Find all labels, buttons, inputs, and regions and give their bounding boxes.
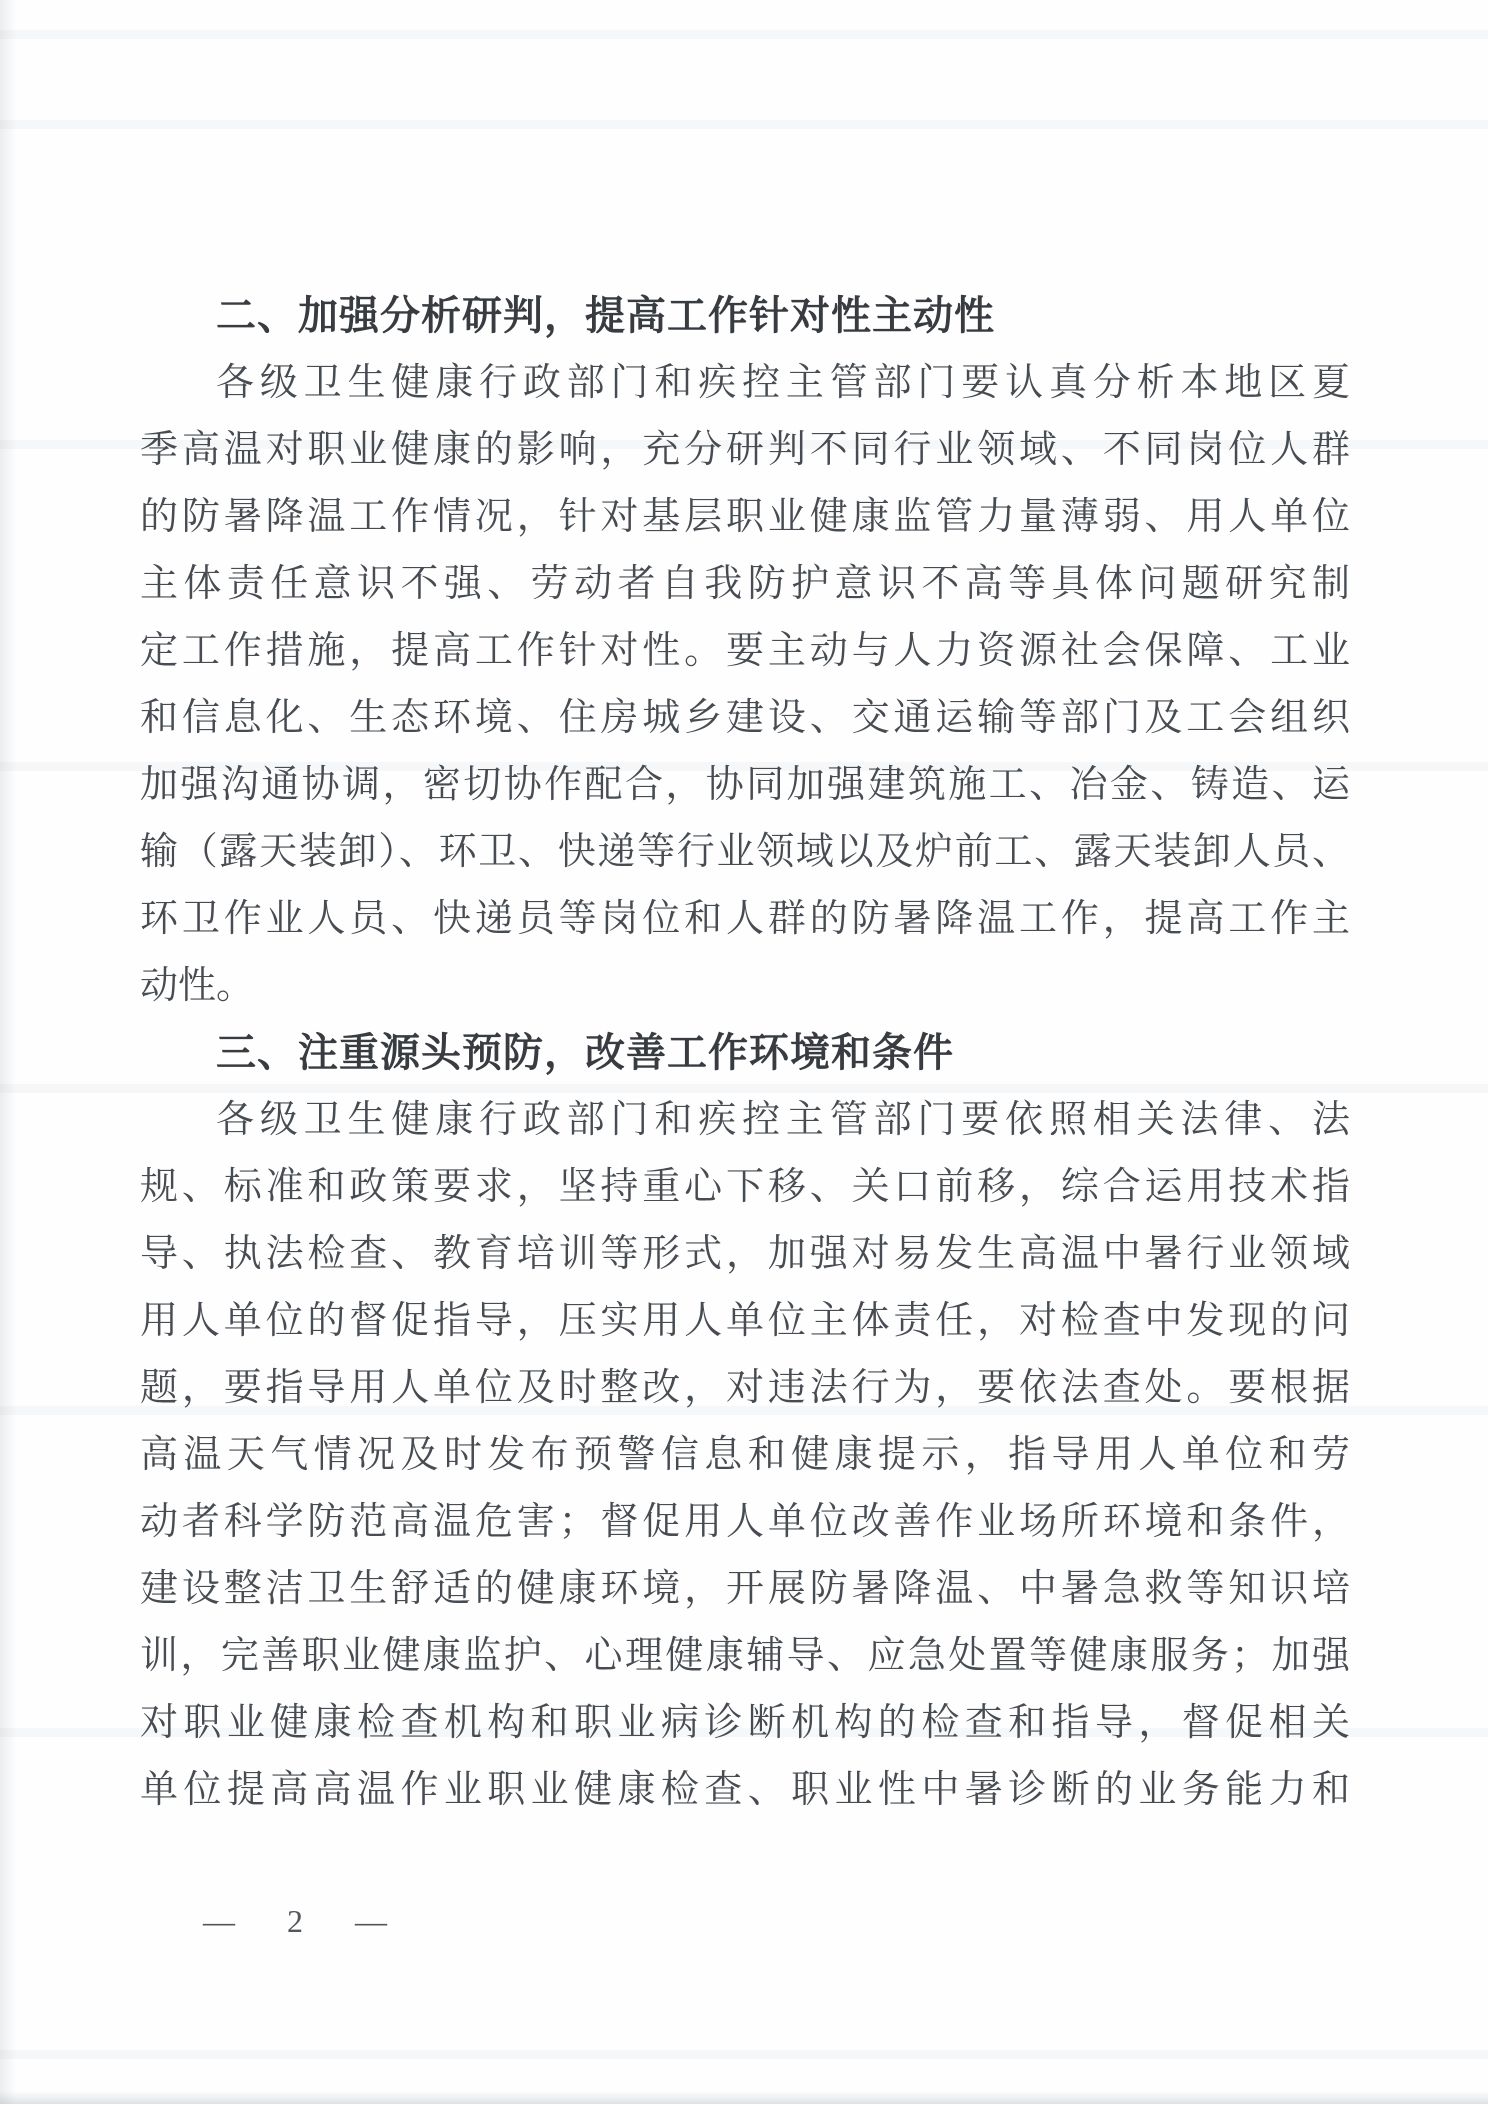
text-line: 单位提高高温作业职业健康检查、职业性中暑诊断的业务能力和 <box>140 1757 1350 1824</box>
text-line: 动者科学防范高温危害；督促用人单位改善作业场所环境和条件， <box>140 1489 1350 1556</box>
page-number-footer: — 2 — <box>203 1903 403 1940</box>
text-line: 各级卫生健康行政部门和疾控主管部门要依照相关法律、法 <box>140 1087 1350 1154</box>
document-body: 二、加强分析研判，提高工作针对性主动性 各级卫生健康行政部门和疾控主管部门要认真… <box>140 283 1350 1824</box>
text-line: 对职业健康检查机构和职业病诊断机构的检查和指导，督促相关 <box>140 1690 1350 1757</box>
text-line: 题，要指导用人单位及时整改，对违法行为，要依法查处。要根据 <box>140 1355 1350 1422</box>
text-line: 主体责任意识不强、劳动者自我防护意识不高等具体问题研究制 <box>140 551 1350 618</box>
text-line: 导、执法检查、教育培训等形式，加强对易发生高温中暑行业领域 <box>140 1221 1350 1288</box>
text-line: 建设整洁卫生舒适的健康环境，开展防暑降温、中暑急救等知识培 <box>140 1556 1350 1623</box>
text-line: 输（露天装卸）、环卫、快递等行业领域以及炉前工、露天装卸人员、 <box>140 819 1350 886</box>
text-line: 加强沟通协调，密切协作配合，协同加强建筑施工、冶金、铸造、运 <box>140 752 1350 819</box>
text-line: 季高温对职业健康的影响，充分研判不同行业领域、不同岗位人群 <box>140 417 1350 484</box>
text-line: 的防暑降温工作情况，针对基层职业健康监管力量薄弱、用人单位 <box>140 484 1350 551</box>
scan-band-artifact <box>0 120 1488 129</box>
text-line: 规、标准和政策要求，坚持重心下移、关口前移，综合运用技术指 <box>140 1154 1350 1221</box>
section-source-prevention: 三、注重源头预防，改善工作环境和条件 各级卫生健康行政部门和疾控主管部门要依照相… <box>140 1020 1350 1824</box>
text-line: 高温天气情况及时发布预警信息和健康提示，指导用人单位和劳 <box>140 1422 1350 1489</box>
page-number: — 2 — <box>203 1903 403 1939</box>
text-line: 和信息化、生态环境、住房城乡建设、交通运输等部门及工会组织 <box>140 685 1350 752</box>
scan-bottom-artifact <box>0 2091 1488 2104</box>
section-heading: 三、注重源头预防，改善工作环境和条件 <box>140 1020 1350 1087</box>
scan-band-artifact <box>0 30 1488 39</box>
document-page: 二、加强分析研判，提高工作针对性主动性 各级卫生健康行政部门和疾控主管部门要认真… <box>0 0 1488 2104</box>
section-heading: 二、加强分析研判，提高工作针对性主动性 <box>140 283 1350 350</box>
section-analysis: 二、加强分析研判，提高工作针对性主动性 各级卫生健康行政部门和疾控主管部门要认真… <box>140 283 1350 1020</box>
text-line: 训，完善职业健康监护、心理健康辅导、应急处置等健康服务；加强 <box>140 1623 1350 1690</box>
text-line: 环卫作业人员、快递员等岗位和人群的防暑降温工作，提高工作主 <box>140 886 1350 953</box>
text-line: 定工作措施，提高工作针对性。要主动与人力资源社会保障、工业 <box>140 618 1350 685</box>
paragraph: 各级卫生健康行政部门和疾控主管部门要认真分析本地区夏季高温对职业健康的影响，充分… <box>140 350 1350 1020</box>
scan-edge-artifact <box>0 0 16 2104</box>
text-line: 用人单位的督促指导，压实用人单位主体责任，对检查中发现的问 <box>140 1288 1350 1355</box>
scan-band-artifact <box>0 2050 1488 2059</box>
text-line: 各级卫生健康行政部门和疾控主管部门要认真分析本地区夏 <box>140 350 1350 417</box>
paragraph: 各级卫生健康行政部门和疾控主管部门要依照相关法律、法规、标准和政策要求，坚持重心… <box>140 1087 1350 1824</box>
text-line: 动性。 <box>140 953 1350 1020</box>
